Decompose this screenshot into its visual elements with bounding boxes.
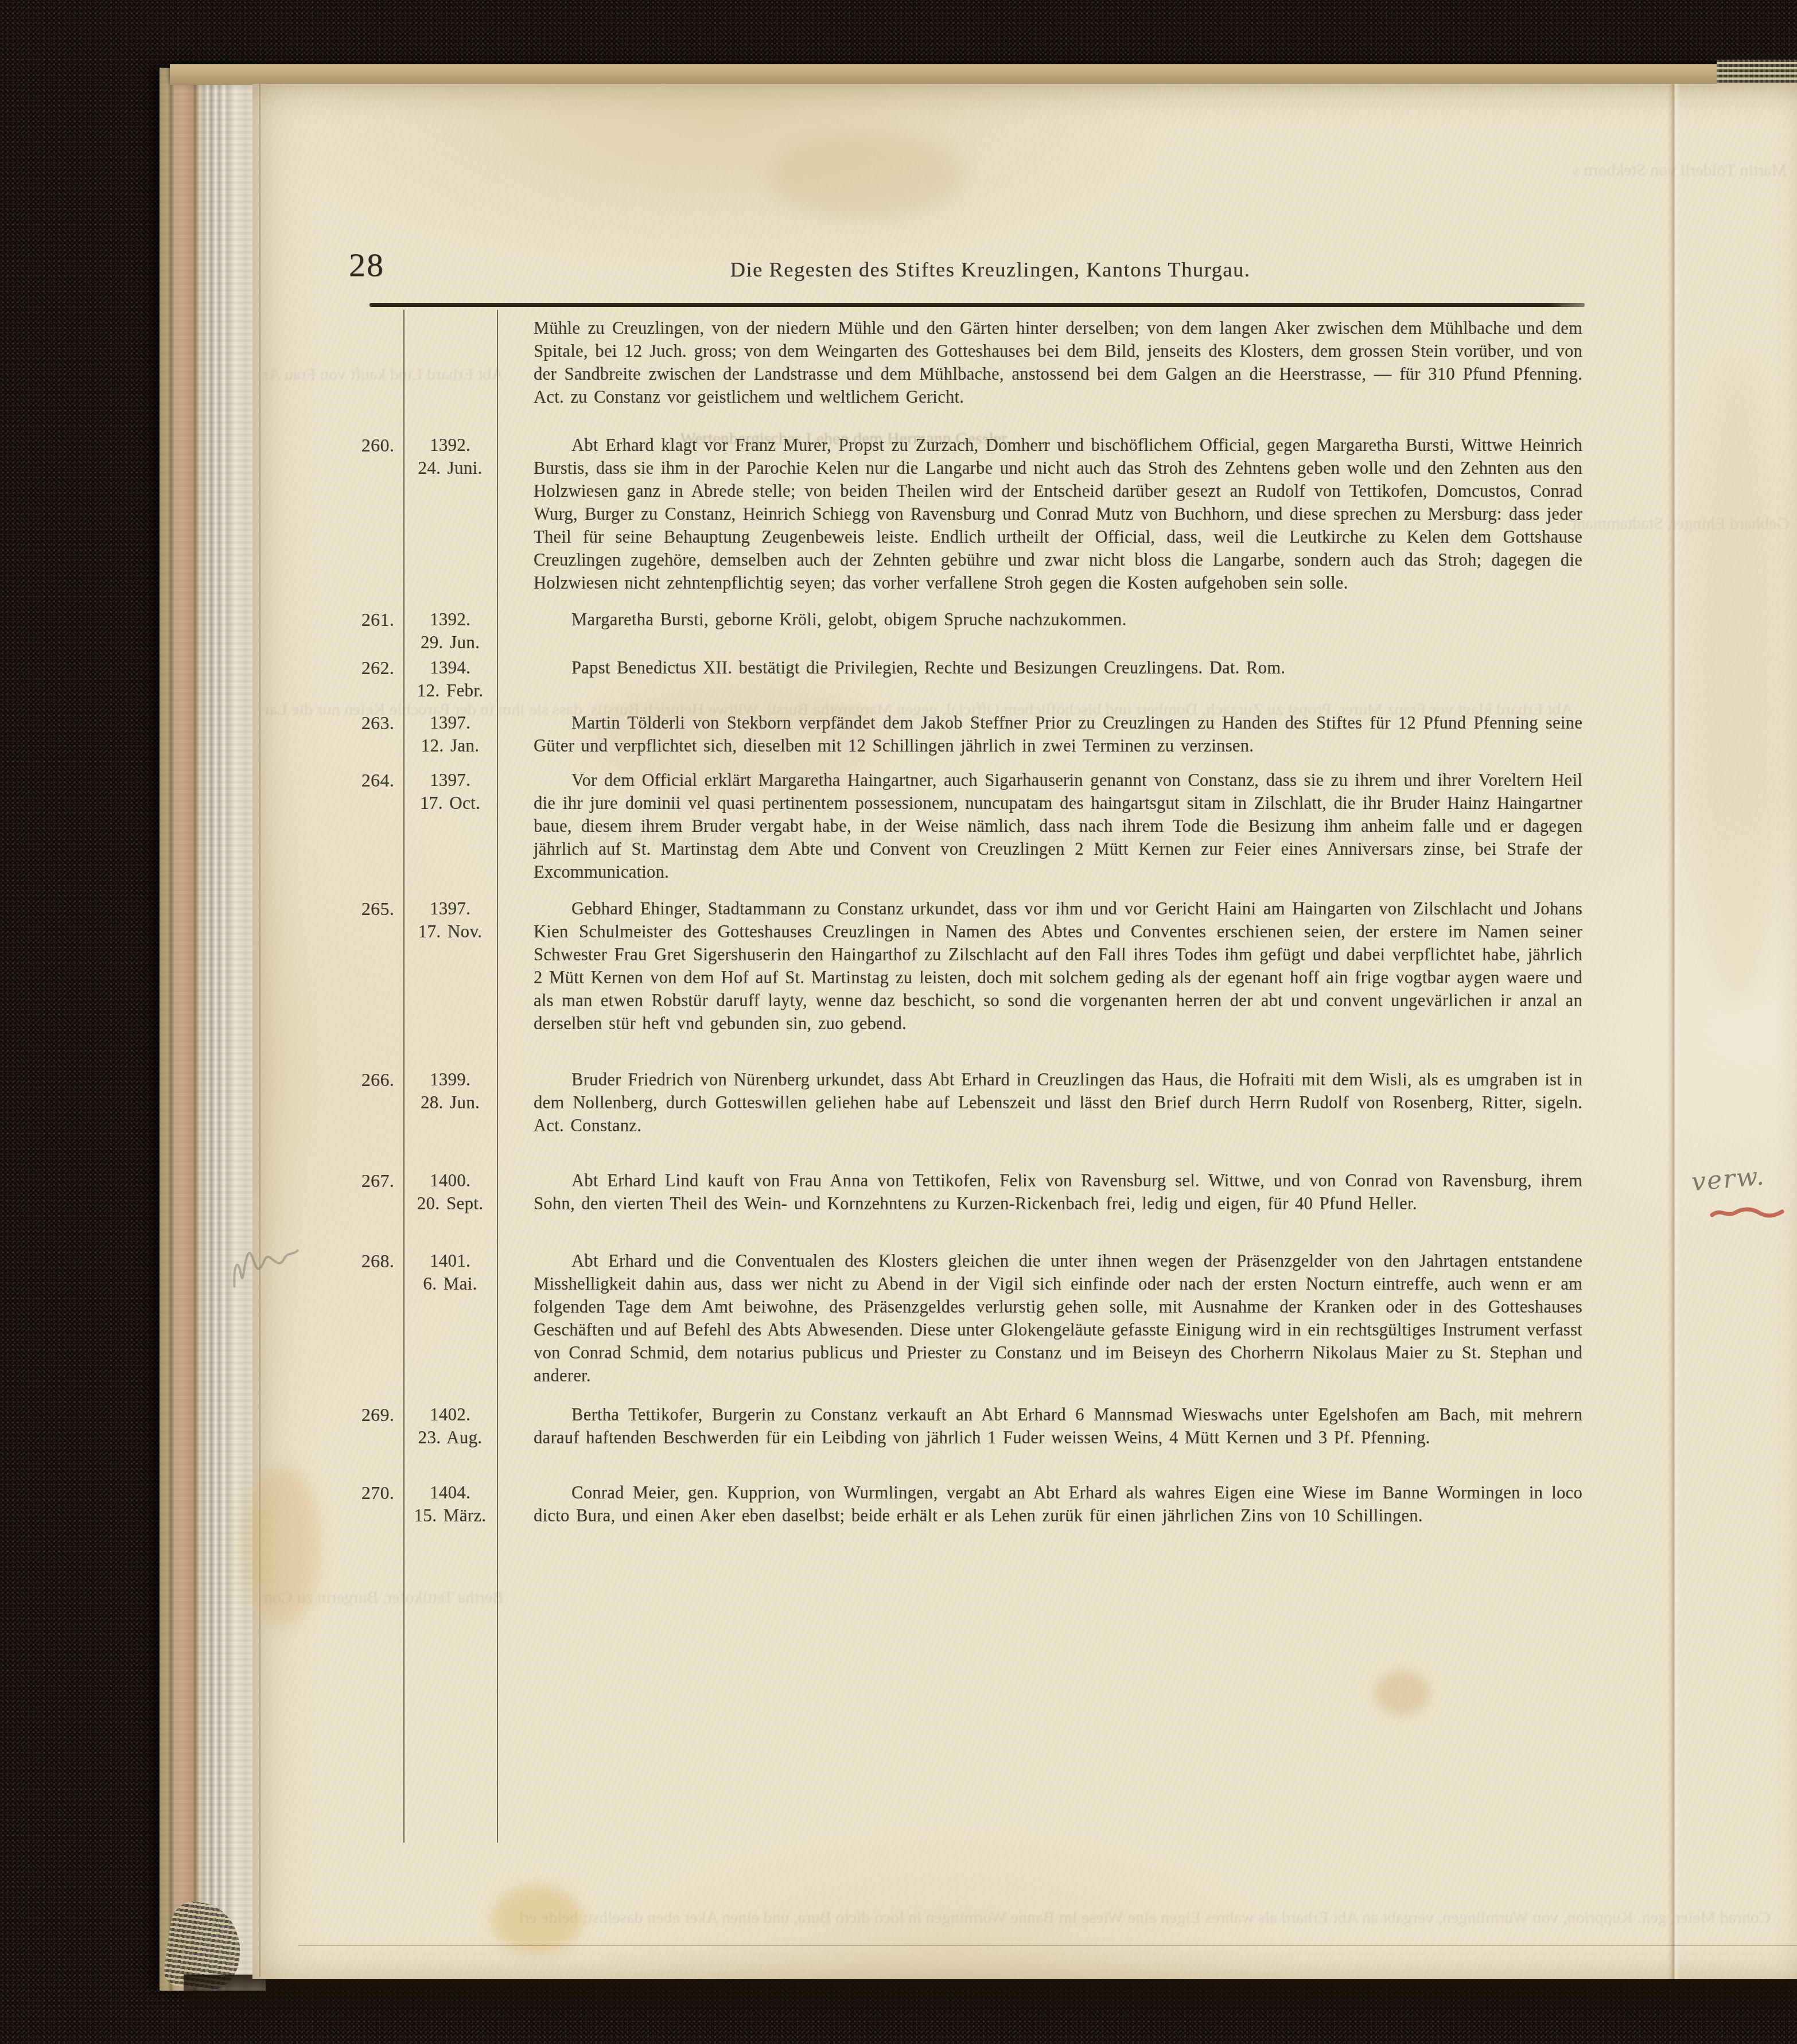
regest-entry: 269. 1402. 23. Aug. Bertha Tettikofer, B… — [344, 1403, 1582, 1449]
regest-entry: 264. 1397. 17. Oct. Vor dem Official erk… — [344, 769, 1582, 883]
photograph-backdrop: Martin Tölderli von Stekborn verpfändet … — [0, 0, 1797, 2044]
entry-number: 268. — [344, 1249, 403, 1387]
regest-entry: 268. 1401. 6. Mai. Abt Erhard und die Co… — [344, 1249, 1582, 1387]
entry-day: 17. Nov. — [407, 920, 493, 943]
entry-date: 1399. 28. Jun. — [403, 1068, 497, 1137]
regest-entry: 263. 1397. 12. Jan. Martin Tölderli von … — [344, 711, 1582, 757]
entry-day: 6. Mai. — [407, 1272, 493, 1295]
entry-text: Abt Erhard und die Conventualen des Klos… — [497, 1249, 1582, 1387]
page-number: 28 — [349, 246, 384, 284]
entry-year: 1404. — [407, 1481, 493, 1504]
entry-year: 1392. — [407, 434, 493, 457]
entry-text: Abt Erhard Lind kauft von Frau Anna von … — [497, 1169, 1582, 1215]
header-rule — [369, 303, 1585, 307]
entry-day: 23. Aug. — [407, 1426, 493, 1449]
entry-year: 1401. — [407, 1249, 493, 1272]
entry-text: Papst Benedictus XII. bestätigt die Priv… — [497, 656, 1582, 702]
entry-text: Vor dem Official erklärt Margaretha Hain… — [497, 769, 1582, 883]
entry-text: Abt Erhard klagt vor Franz Murer, Propst… — [497, 434, 1582, 594]
entry-number: 265. — [344, 897, 403, 1035]
sheet-left-edge-line — [259, 84, 260, 1977]
entry-year: 1399. — [407, 1068, 493, 1091]
entry-year: 1402. — [407, 1403, 493, 1426]
entry-year: 1397. — [407, 897, 493, 920]
running-title: Die Regesten des Stiftes Kreuzlingen, Ka… — [574, 257, 1407, 282]
regest-entry: 260. 1392. 24. Juni. Abt Erhard klagt vo… — [344, 434, 1582, 594]
entry-text: Martin Tölderli von Stekborn verpfändet … — [497, 711, 1582, 757]
entry-year: 1397. — [407, 769, 493, 792]
entry-date: 1401. 6. Mai. — [403, 1249, 497, 1387]
entry-number: 266. — [344, 1068, 403, 1137]
regest-entry: 266. 1399. 28. Jun. Bruder Friedrich von… — [344, 1068, 1582, 1137]
entries: 260. 1392. 24. Juni. Abt Erhard klagt vo… — [344, 434, 1582, 1527]
entry-day: 17. Oct. — [407, 792, 493, 815]
entry-text: Margaretha Bursti, geborne Kröli, gelobt… — [497, 608, 1582, 654]
entry-date: 1392. 29. Jun. — [403, 608, 497, 654]
book-top-edge — [170, 64, 1727, 85]
entry-number: 270. — [344, 1481, 403, 1527]
regesten-text-block: Mühle zu Creuzlingen, von der niedern Mü… — [344, 317, 1582, 1527]
regest-entry: 265. 1397. 17. Nov. Gebhard Ehinger, Sta… — [344, 897, 1582, 1035]
entry-day: 12. Febr. — [407, 679, 493, 702]
entry-date: 1394. 12. Febr. — [403, 656, 497, 702]
entry-day: 12. Jan. — [407, 734, 493, 757]
entry-date: 1392. 24. Juni. — [403, 434, 497, 594]
entry-number: 263. — [344, 711, 403, 757]
continuation-paragraph: Mühle zu Creuzlingen, von der niedern Mü… — [534, 317, 1582, 408]
entry-date: 1397. 17. Oct. — [403, 769, 497, 883]
entry-year: 1394. — [407, 656, 493, 679]
entry-number: 267. — [344, 1169, 403, 1215]
entry-day: 24. Juni. — [407, 457, 493, 480]
entry-text: Gebhard Ehinger, Stadtammann zu Constanz… — [497, 897, 1582, 1035]
regest-entry: 267. 1400. 20. Sept. Abt Erhard Lind kau… — [344, 1169, 1582, 1215]
entry-day: 20. Sept. — [407, 1192, 493, 1215]
entry-date: 1404. 15. März. — [403, 1481, 497, 1527]
entry-date: 1397. 12. Jan. — [403, 711, 497, 757]
entry-number: 262. — [344, 656, 403, 702]
entry-date: 1402. 23. Aug. — [403, 1403, 497, 1449]
entry-text: Bruder Friedrich von Nürenberg urkundet,… — [497, 1068, 1582, 1137]
regest-entry: 261. 1392. 29. Jun. Margaretha Bursti, g… — [344, 608, 1582, 654]
entry-year: 1400. — [407, 1169, 493, 1192]
entry-day: 15. März. — [407, 1504, 493, 1527]
regest-entry: 262. 1394. 12. Febr. Papst Benedictus XI… — [344, 656, 1582, 702]
page-bottom-shadow — [184, 1975, 1797, 2024]
entry-number: 260. — [344, 434, 403, 594]
page-fold-crease — [1667, 84, 1680, 1979]
entry-day: 28. Jun. — [407, 1091, 493, 1114]
entry-date: 1400. 20. Sept. — [403, 1169, 497, 1215]
entry-day: 29. Jun. — [407, 631, 493, 654]
red-chalk-squiggle-icon — [1710, 1202, 1784, 1222]
under-sheet-edge-line — [298, 1945, 1797, 1946]
entry-number: 264. — [344, 769, 403, 883]
regest-entry: 270. 1404. 15. März. Conrad Meier, gen. … — [344, 1481, 1582, 1527]
entry-year: 1392. — [407, 608, 493, 631]
entry-date: 1397. 17. Nov. — [403, 897, 497, 1035]
entry-number: 269. — [344, 1403, 403, 1449]
entry-number: 261. — [344, 608, 403, 654]
entry-text: Conrad Meier, gen. Kupprion, von Wurmlin… — [497, 1481, 1582, 1527]
book-page-stack-edge — [160, 68, 266, 1991]
entry-text: Bertha Tettikofer, Burgerin zu Constanz … — [497, 1403, 1582, 1449]
entry-year: 1397. — [407, 711, 493, 734]
